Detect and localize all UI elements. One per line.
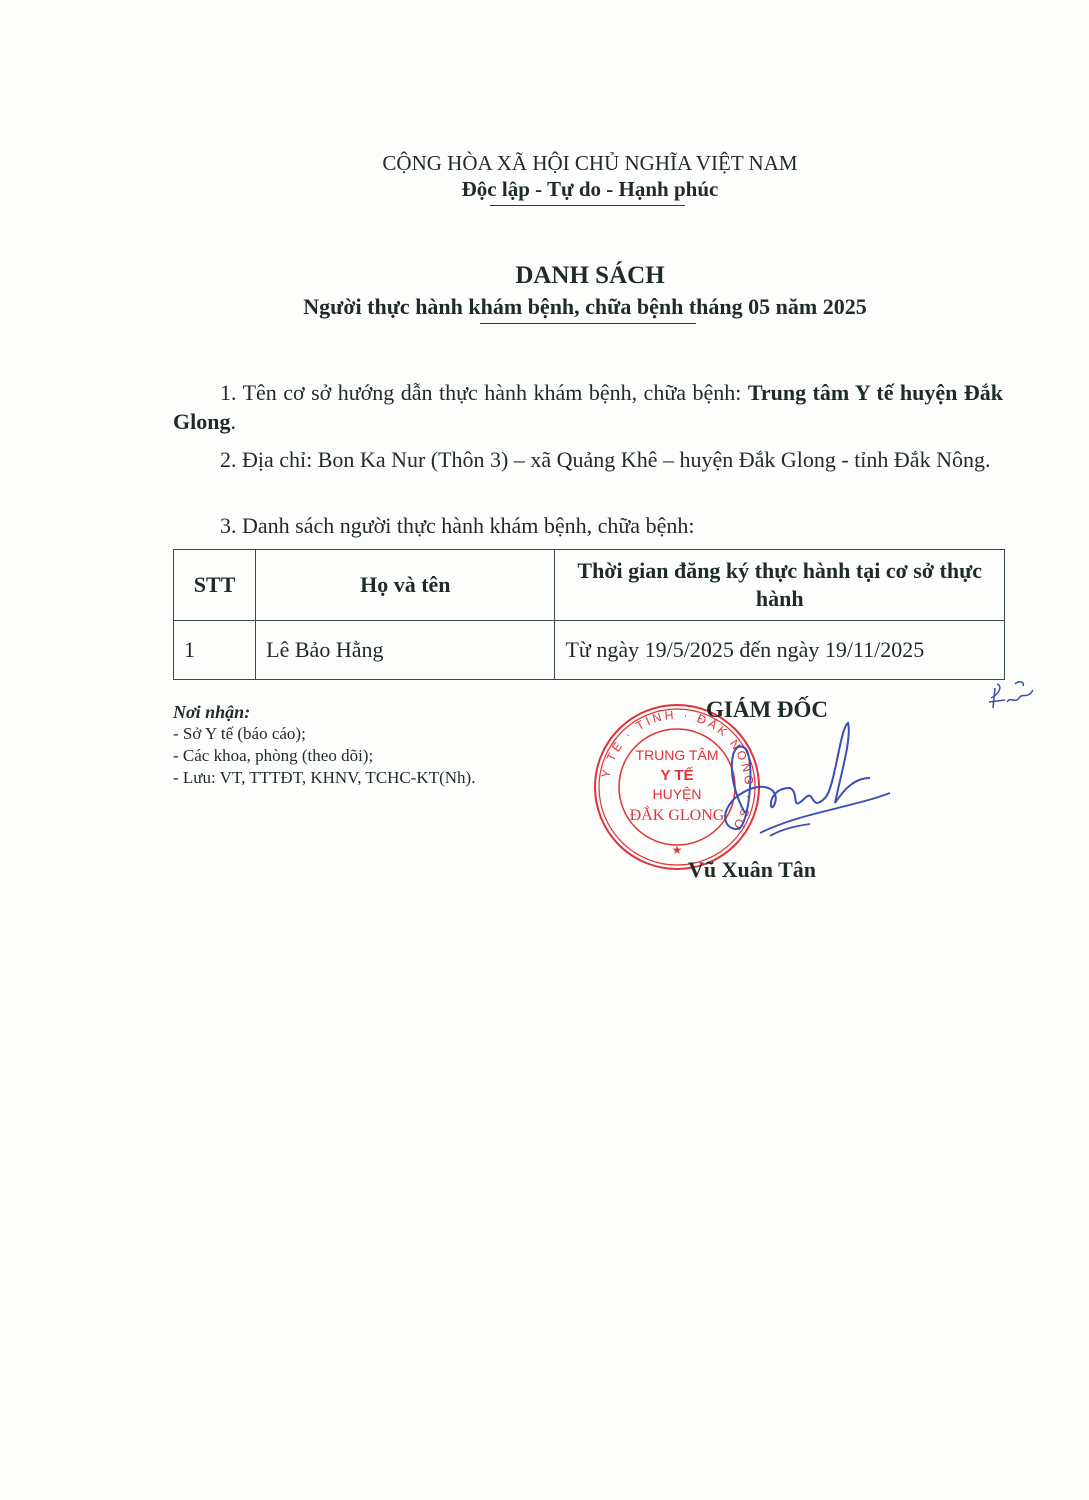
cell-stt: 1 bbox=[174, 621, 256, 680]
recipient-item: - Các khoa, phòng (theo dõi); bbox=[173, 745, 475, 767]
motto: Độc lập - Tự do - Hạnh phúc bbox=[0, 177, 1089, 202]
list-intro-text: 3. Danh sách người thực hành khám bệnh, … bbox=[220, 513, 694, 538]
paragraph-list-intro: 3. Danh sách người thực hành khám bệnh, … bbox=[173, 511, 1003, 540]
facility-label: 1. Tên cơ sở hướng dẫn thực hành khám bệ… bbox=[220, 380, 748, 405]
svg-text:ĐẮK GLONG: ĐẮK GLONG bbox=[630, 805, 725, 824]
subtitle-underline bbox=[480, 323, 696, 324]
recipients-heading: Nơi nhận: bbox=[173, 701, 475, 723]
svg-text:TRUNG TÂM: TRUNG TÂM bbox=[636, 747, 719, 763]
address-text: 2. Địa chỉ: Bon Ka Nur (Thôn 3) – xã Quả… bbox=[220, 447, 990, 472]
national-title: CỘNG HÒA XÃ HỘI CHỦ NGHĨA VIỆT NAM bbox=[0, 151, 1089, 176]
header-name: Họ và tên bbox=[256, 550, 555, 621]
header-stt: STT bbox=[174, 550, 256, 621]
paragraph-facility: 1. Tên cơ sở hướng dẫn thực hành khám bệ… bbox=[173, 378, 1003, 436]
paragraph-address: 2. Địa chỉ: Bon Ka Nur (Thôn 3) – xã Quả… bbox=[173, 445, 1003, 474]
document-subtitle: Người thực hành khám bệnh, chữa bệnh thá… bbox=[0, 294, 1089, 320]
svg-text:Y TẾ: Y TẾ bbox=[660, 767, 693, 784]
document-title: DANH SÁCH bbox=[0, 262, 1089, 290]
facility-end: . bbox=[230, 409, 236, 434]
svg-text:★: ★ bbox=[672, 843, 683, 857]
table-header-row: STT Họ và tên Thời gian đăng ký thực hàn… bbox=[174, 550, 1005, 621]
cell-name: Lê Bảo Hằng bbox=[256, 621, 555, 680]
recipient-item: - Sở Y tế (báo cáo); bbox=[173, 723, 475, 745]
cell-period: Từ ngày 19/5/2025 đến ngày 19/11/2025 bbox=[555, 621, 1005, 680]
header-period: Thời gian đăng ký thực hành tại cơ sở th… bbox=[555, 550, 1005, 621]
recipients-block: Nơi nhận: - Sở Y tế (báo cáo); - Các kho… bbox=[173, 701, 475, 789]
signer-name: Vũ Xuân Tân bbox=[688, 857, 816, 883]
initials-icon bbox=[985, 678, 1037, 714]
motto-underline bbox=[490, 205, 685, 206]
table-row: 1 Lê Bảo Hằng Từ ngày 19/5/2025 đến ngày… bbox=[174, 621, 1005, 680]
signature-icon bbox=[720, 718, 900, 843]
recipient-item: - Lưu: VT, TTTĐT, KHNV, TCHC-KT(Nh). bbox=[173, 767, 475, 789]
practitioner-table: STT Họ và tên Thời gian đăng ký thực hàn… bbox=[173, 549, 1005, 680]
svg-text:HUYỆN: HUYỆN bbox=[652, 786, 701, 802]
